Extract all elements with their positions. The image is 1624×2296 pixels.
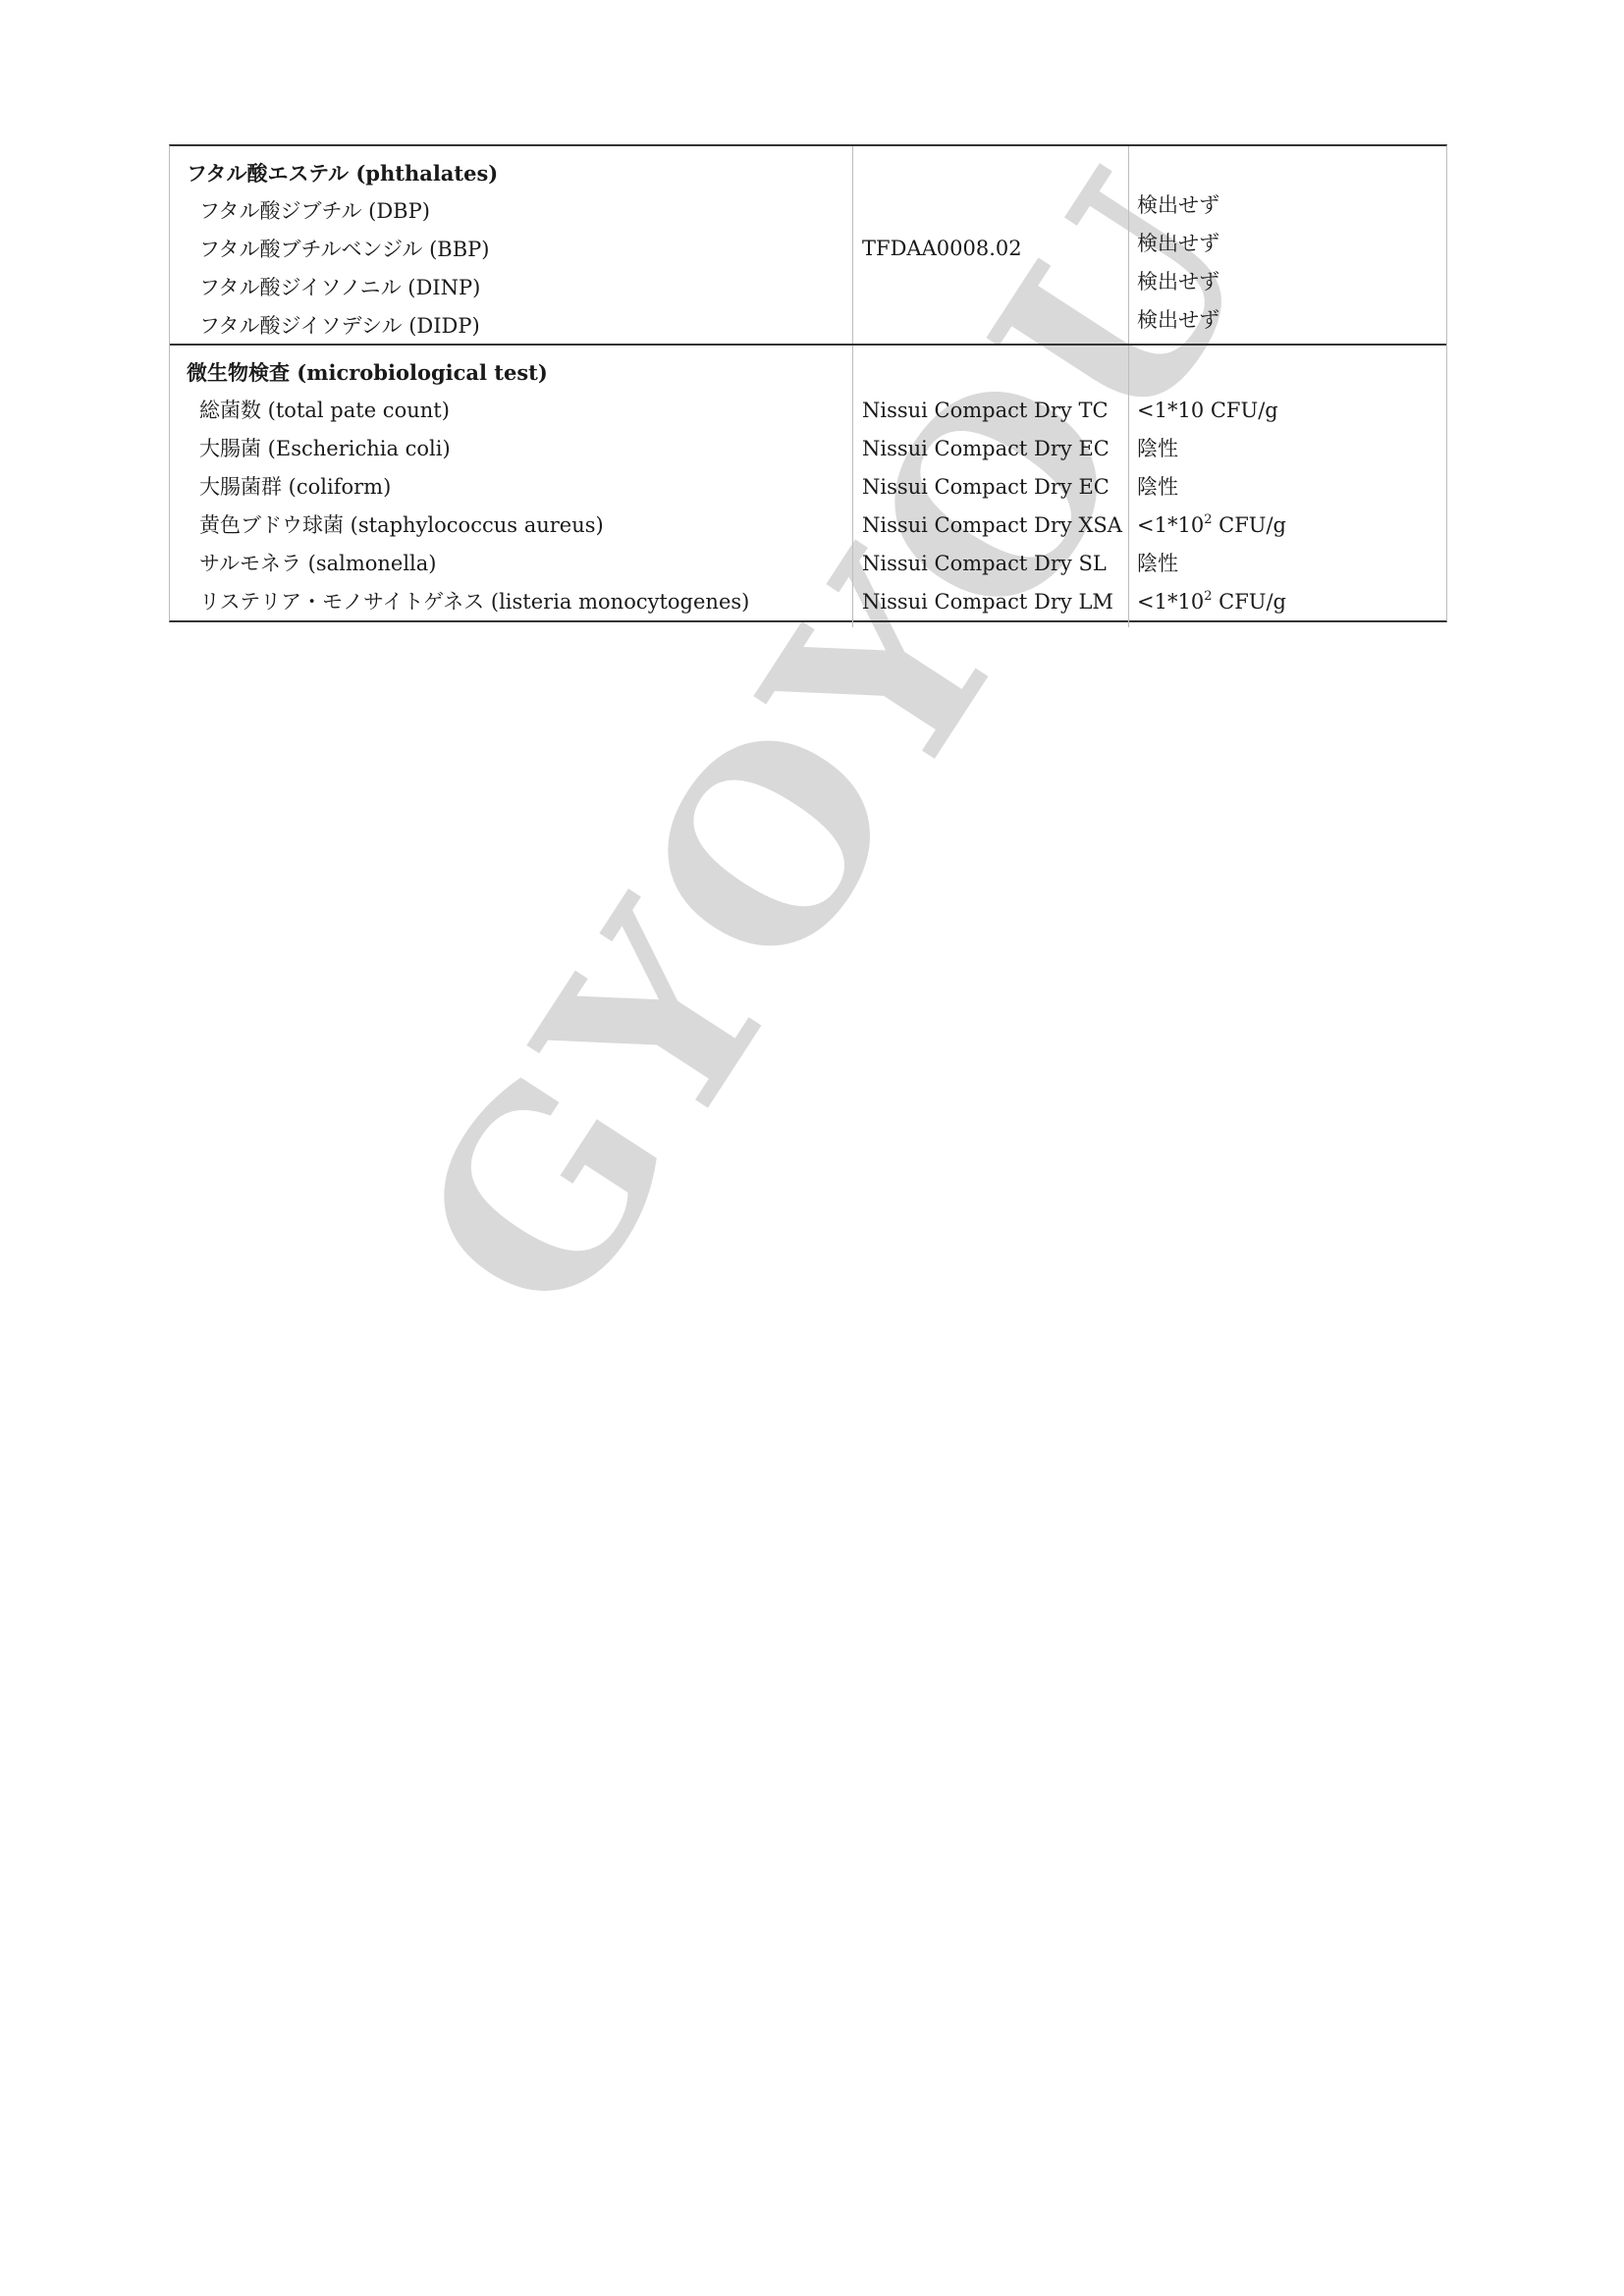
test-method: Nissui Compact Dry XSA (862, 507, 1128, 545)
test-result: 陰性 (1137, 468, 1446, 507)
test-result: 検出せず (1137, 225, 1446, 263)
test-results-table: フタル酸エステル (phthalates) フタル酸ジブチル (DBP) フタル… (169, 144, 1447, 622)
test-result: 陰性 (1137, 430, 1446, 468)
result-column: <1*10 CFU/g 陰性 陰性 <1*102 CFU/g 陰性 <1*102… (1128, 346, 1446, 627)
test-item: 黄色ブドウ球菌 (staphylococcus aureus) (187, 507, 852, 545)
document-page: GYOYOU フタル酸エステル (phthalates) フタル酸ジブチル (D… (0, 0, 1624, 2296)
test-item: 総菌数 (total pate count) (187, 392, 852, 430)
test-item: フタル酸ブチルベンジル (BBP) (187, 231, 852, 269)
test-item: 大腸菌群 (coliform) (187, 468, 852, 507)
test-result: <1*102 CFU/g (1137, 507, 1446, 545)
test-item: フタル酸ジイソデシル (DIDP) (187, 307, 852, 346)
test-result: <1*102 CFU/g (1137, 583, 1446, 621)
test-item: リステリア・モノサイトゲネス (listeria monocytogenes) (187, 583, 852, 621)
result-unit: CFU/g (1212, 590, 1286, 614)
test-result: 陰性 (1137, 545, 1446, 583)
test-method: Nissui Compact Dry SL (862, 545, 1128, 583)
test-item: サルモネラ (salmonella) (187, 545, 852, 583)
section-microbiological: 微生物検査 (microbiological test) 総菌数 (total … (170, 344, 1446, 620)
test-result: 検出せず (1137, 301, 1446, 340)
item-column: 微生物検査 (microbiological test) 総菌数 (total … (170, 346, 852, 627)
result-exponent: 2 (1204, 589, 1212, 604)
section-phthalates: フタル酸エステル (phthalates) フタル酸ジブチル (DBP) フタル… (170, 146, 1446, 344)
result-column: 検出せず 検出せず 検出せず 検出せず (1128, 146, 1446, 351)
test-method: TFDAA0008.02 (862, 230, 1022, 268)
result-unit: CFU/g (1212, 513, 1286, 537)
test-method: Nissui Compact Dry TC (862, 392, 1128, 430)
method-column: Nissui Compact Dry TC Nissui Compact Dry… (852, 346, 1128, 627)
test-item: フタル酸ジブチル (DBP) (187, 192, 852, 231)
result-exponent: 2 (1204, 512, 1212, 527)
test-result: 検出せず (1137, 263, 1446, 301)
test-result: <1*10 CFU/g (1137, 392, 1446, 430)
item-column: フタル酸エステル (phthalates) フタル酸ジブチル (DBP) フタル… (170, 146, 852, 351)
test-result: 検出せず (1137, 187, 1446, 225)
test-method: Nissui Compact Dry EC (862, 430, 1128, 468)
section-header: フタル酸エステル (phthalates) (187, 154, 852, 192)
method-column: TFDAA0008.02 (852, 146, 1128, 351)
test-item: 大腸菌 (Escherichia coli) (187, 430, 852, 468)
result-base: <1*10 (1137, 590, 1204, 614)
test-method: Nissui Compact Dry LM (862, 583, 1128, 621)
result-base: <1*10 (1137, 513, 1204, 537)
section-header: 微生物検査 (microbiological test) (187, 353, 852, 392)
test-item: フタル酸ジイソノニル (DINP) (187, 269, 852, 307)
test-method: Nissui Compact Dry EC (862, 468, 1128, 507)
